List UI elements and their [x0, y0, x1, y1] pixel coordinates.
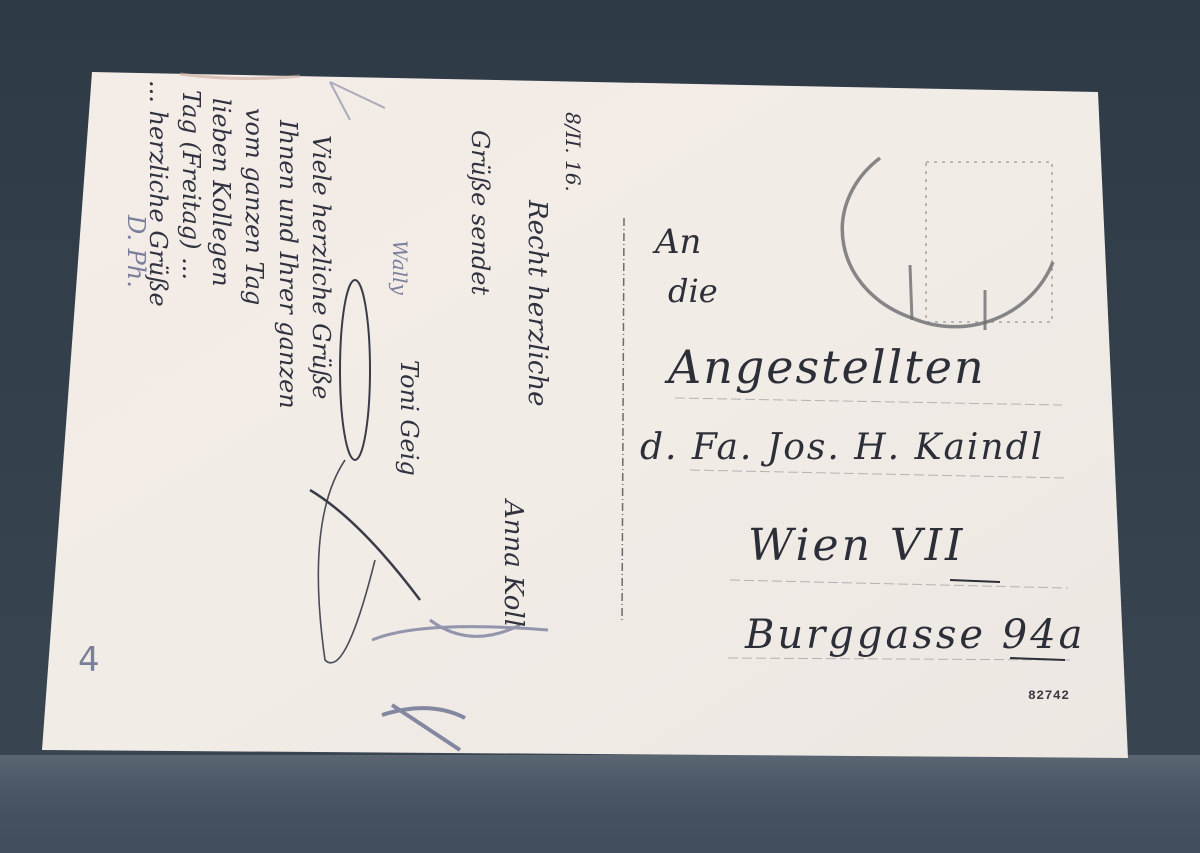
address-line-6: Burggasse 94a [745, 612, 1086, 658]
postcard: 8/II. 16. Recht herzliche Grüße sendet A… [0, 0, 1200, 853]
address-line-2: die [668, 272, 718, 310]
message-line: Tag (Freitag) ... [177, 90, 205, 280]
message-line: Recht herzliche [522, 200, 552, 407]
address-line-1: An [655, 222, 701, 262]
pencil-note: Wally [388, 240, 412, 295]
address-line-3: Angestellten [668, 340, 986, 394]
address-line-5: Wien VII [748, 520, 965, 571]
pencil-number: 4 [78, 640, 100, 680]
serial-number: 82742 [1028, 688, 1070, 703]
message-line: Viele herzliche Grüße [307, 135, 335, 400]
message-date: 8/II. 16. [561, 112, 585, 192]
message-line: Grüße sendet [466, 130, 494, 295]
message-line: lieben Kollegen [207, 98, 235, 287]
message-line: Toni Geig [395, 360, 423, 476]
pencil-note: D. Ph. [122, 215, 150, 288]
message-line: Anna Koll [498, 500, 528, 627]
message-line: vom ganzen Tag [240, 108, 268, 305]
message-line: Ihnen und Ihrer ganzen [274, 120, 302, 409]
address-line-4: d. Fa. Jos. H. Kaindl [640, 427, 1044, 468]
